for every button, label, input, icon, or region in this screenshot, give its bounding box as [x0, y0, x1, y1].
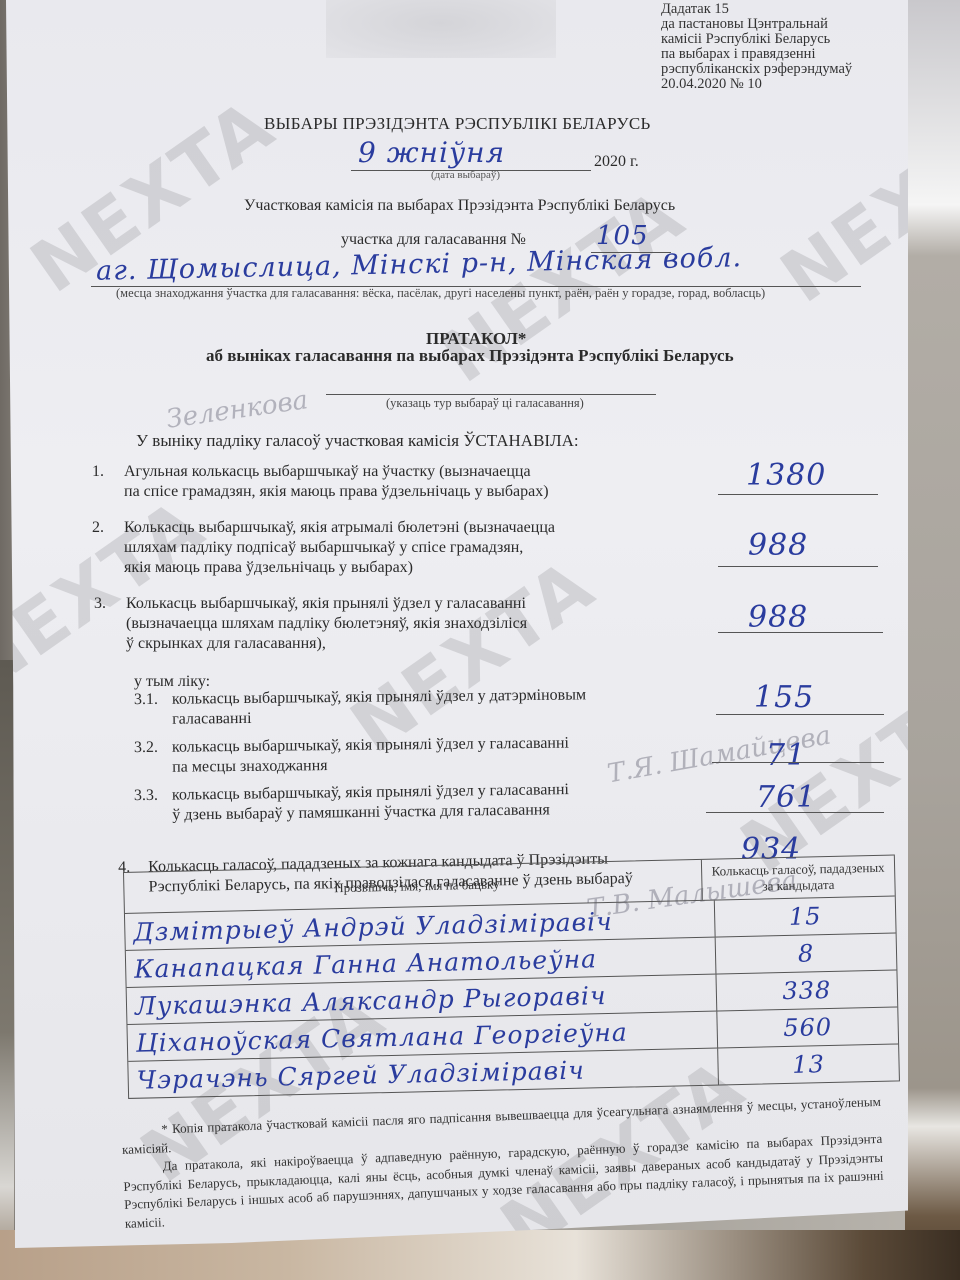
item-line: па месцы знаходжання — [172, 754, 569, 778]
item-text: колькасць выбаршчыкаў, якія прынялі ўдзе… — [172, 780, 569, 826]
item-2-value: 988 — [748, 528, 808, 563]
item-text: Колькасць выбаршчыкаў, якія атрымалі бюл… — [124, 518, 555, 578]
faint-signature: Зеленкова — [165, 385, 310, 435]
appendix-line: рэспубліканскіх рэферэндумаў — [661, 62, 852, 77]
background-left-edge — [0, 660, 14, 1280]
item-line: Колькасць выбаршчыкаў, якія атрымалі бюл… — [124, 518, 555, 538]
footnote: * Копія пратакола ўчастковай камісіі пас… — [121, 1093, 885, 1233]
subitem-3-1-value: 155 — [754, 680, 814, 715]
protocol-subtitle: аб выніках галасавання па выбарах Прэзід… — [206, 346, 734, 366]
item-3-value: 988 — [748, 600, 808, 635]
tour-hint: (указаць тур выбараў ці галасавання) — [386, 396, 584, 411]
item-1: 1. Агульная колькасць выбаршчыкаў на ўча… — [92, 462, 104, 482]
value-underline — [718, 632, 883, 633]
item-line: па спісе грамадзян, якія маюць права ўдз… — [124, 482, 549, 502]
appendix-line: Дадатак 15 — [661, 2, 852, 17]
item-number: 2. — [92, 519, 104, 536]
commission-line: Участковая камісія па выбарах Прэзідэнта… — [244, 197, 675, 215]
document-title: ВЫБАРЫ ПРЭЗІДЭНТА РЭСПУБЛІКІ БЕЛАРУСЬ — [264, 114, 651, 134]
subitem-3-1: 3.1. колькасць выбаршчыкаў, якія прынялі… — [134, 690, 158, 710]
value-underline — [706, 812, 884, 813]
item-line: Агульная колькасць выбаршчыкаў на ўчастк… — [124, 462, 549, 482]
subitem-3-3: 3.3. колькасць выбаршчыкаў, якія прынялі… — [134, 786, 158, 806]
item-3: 3. Колькасць выбаршчыкаў, якія прынялі ў… — [94, 594, 106, 614]
candidate-votes: 15 — [715, 896, 896, 936]
item-text: колькасць выбаршчыкаў, якія прынялі ўдзе… — [172, 734, 569, 778]
item-line: шляхам падліку подпісаў выбаршчыкаў у сп… — [124, 538, 555, 558]
background-window-frame — [905, 0, 960, 1280]
item-line: (вызначаецца шляхам падліку бюлетэняў, я… — [126, 614, 527, 634]
value-underline — [716, 714, 884, 715]
value-underline — [718, 566, 878, 567]
item-number: 3.2. — [134, 739, 158, 756]
subitem-3-3-value: 761 — [756, 780, 816, 815]
election-date-hint: (дата выбараў) — [431, 169, 500, 181]
candidate-votes: 338 — [716, 970, 897, 1010]
candidates-table: Прозвішча, імя, імя па бацьку Колькасць … — [123, 854, 900, 1098]
election-date-handwritten: 9 жніўня — [358, 136, 505, 169]
subitem-3-2: 3.2. колькасць выбаршчыкаў, якія прынялі… — [134, 738, 158, 758]
item-text: колькасць выбаршчыкаў, якія прынялі ўдзе… — [172, 685, 586, 729]
item-number: 3. — [94, 595, 106, 612]
item-1-value: 1380 — [746, 458, 826, 493]
address-handwritten: аг. Щомыслица, Мінскі р-н, Мінская вобл. — [96, 242, 743, 287]
appendix-line: камісіі Рэспублікі Беларусь — [661, 32, 852, 47]
header-votes: Колькасць галасоў, пададзеных за кандыда… — [702, 856, 895, 900]
appendix-line: 20.04.2020 № 10 — [661, 77, 852, 92]
appendix-line: да пастановы Цэнтральнай — [661, 17, 852, 32]
tour-underline — [326, 394, 656, 395]
item-text: Колькасць выбаршчыкаў, якія прынялі ўдзе… — [126, 594, 527, 654]
candidate-votes: 8 — [716, 933, 897, 973]
item-number: 3.1. — [134, 691, 158, 708]
item-text: Агульная колькасць выбаршчыкаў на ўчастк… — [124, 462, 549, 502]
item-line: колькасць выбаршчыкаў, якія прынялі ўдзе… — [172, 734, 569, 758]
established-line: У выніку падліку галасоў участковая камі… — [136, 431, 579, 451]
election-year: 2020 г. — [594, 153, 639, 171]
candidate-votes: 560 — [717, 1007, 898, 1047]
item-number: 1. — [92, 463, 104, 480]
precinct-label: участка для галасавання № — [341, 231, 526, 249]
item-line: Колькасць выбаршчыкаў, якія прынялі ўдзе… — [126, 594, 527, 614]
appendix-line: па выбарах і правядзенні — [661, 47, 852, 62]
address-hint: (месца знаходжання ўчастка для галасаван… — [116, 286, 765, 301]
item-line: галасаванні — [172, 705, 586, 729]
appendix-header: Дадатак 15 да пастановы Цэнтральнай камі… — [661, 2, 852, 92]
bleed-through-image — [326, 0, 556, 58]
item-number: 3.3. — [134, 787, 158, 804]
item-line: ў дзень выбараў у памяшканні ўчастка для… — [172, 800, 569, 826]
candidate-votes: 13 — [718, 1044, 899, 1084]
subitem-3-2-value: 71 — [766, 738, 806, 773]
item-2: 2. Колькасць выбаршчыкаў, якія атрымалі … — [92, 518, 104, 538]
value-underline — [712, 762, 884, 763]
value-underline — [718, 494, 878, 495]
item-line: ў скрынках для галасавання), — [126, 634, 527, 654]
item-line: якія маюць права ўдзельнічаць у выбарах) — [124, 558, 555, 578]
protocol-sheet: NEXTA NEXTA NEXTA NEXTA NEXTA NEXTA NEXT… — [6, 0, 908, 1248]
